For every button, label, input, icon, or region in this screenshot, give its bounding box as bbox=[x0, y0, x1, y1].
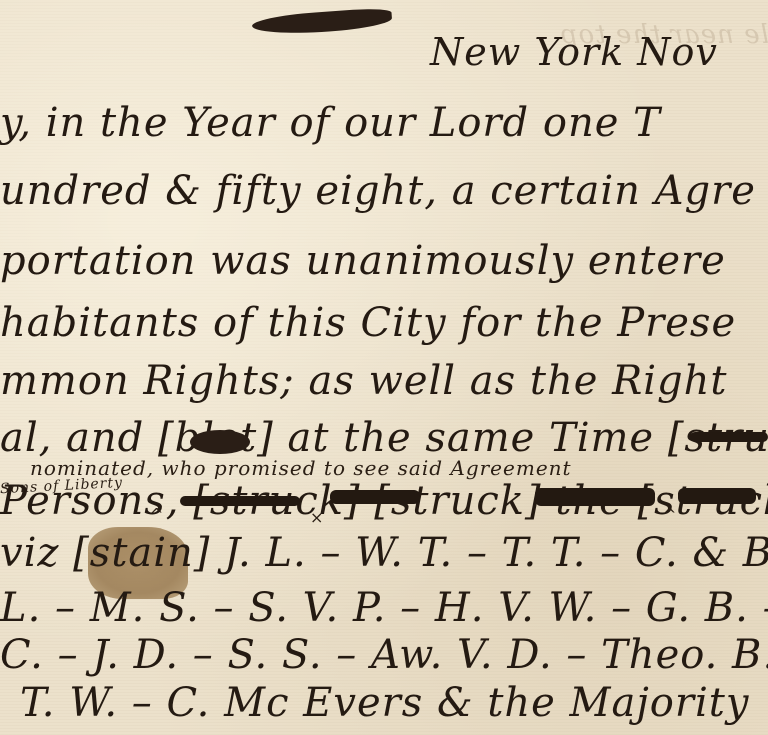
insertion-caret: ^ bbox=[663, 505, 676, 524]
strikethrough bbox=[678, 488, 756, 504]
manuscript-line: y, in the Year of our Lord one T bbox=[0, 100, 661, 146]
strikethrough bbox=[690, 432, 768, 442]
ink-blot bbox=[251, 7, 392, 37]
strikethrough bbox=[535, 488, 655, 506]
insertion-caret: × bbox=[310, 508, 323, 527]
manuscript-line: C. – J. D. – S. S. – Aw. V. D. – Theo. B… bbox=[0, 632, 768, 678]
manuscript-line: habitants of this City for the Prese bbox=[0, 300, 736, 346]
manuscript-line: mmon Rights; as well as the Right bbox=[0, 358, 727, 404]
ink-blot bbox=[190, 430, 250, 454]
insertion-caret: ^ bbox=[150, 505, 163, 524]
manuscript-page: faint reversed writing visible near the … bbox=[0, 0, 768, 735]
manuscript-line: undred & fifty eight, a certain Agre bbox=[0, 168, 756, 214]
manuscript-line: viz [stain] J. L. – W. T. – T. T. – C. &… bbox=[0, 530, 768, 576]
manuscript-line: L. – M. S. – S. V. P. – H. V. W. – G. B.… bbox=[0, 585, 768, 631]
heading-line: New York Nov bbox=[430, 30, 718, 74]
manuscript-line: T. W. – C. Mc Evers & the Majority bbox=[20, 680, 749, 726]
manuscript-line: portation was unanimously entere bbox=[0, 238, 726, 284]
strikethrough bbox=[330, 490, 420, 504]
strikethrough bbox=[180, 496, 300, 506]
manuscript-line: al, and [blot] at the same Time [struck] bbox=[0, 415, 768, 461]
